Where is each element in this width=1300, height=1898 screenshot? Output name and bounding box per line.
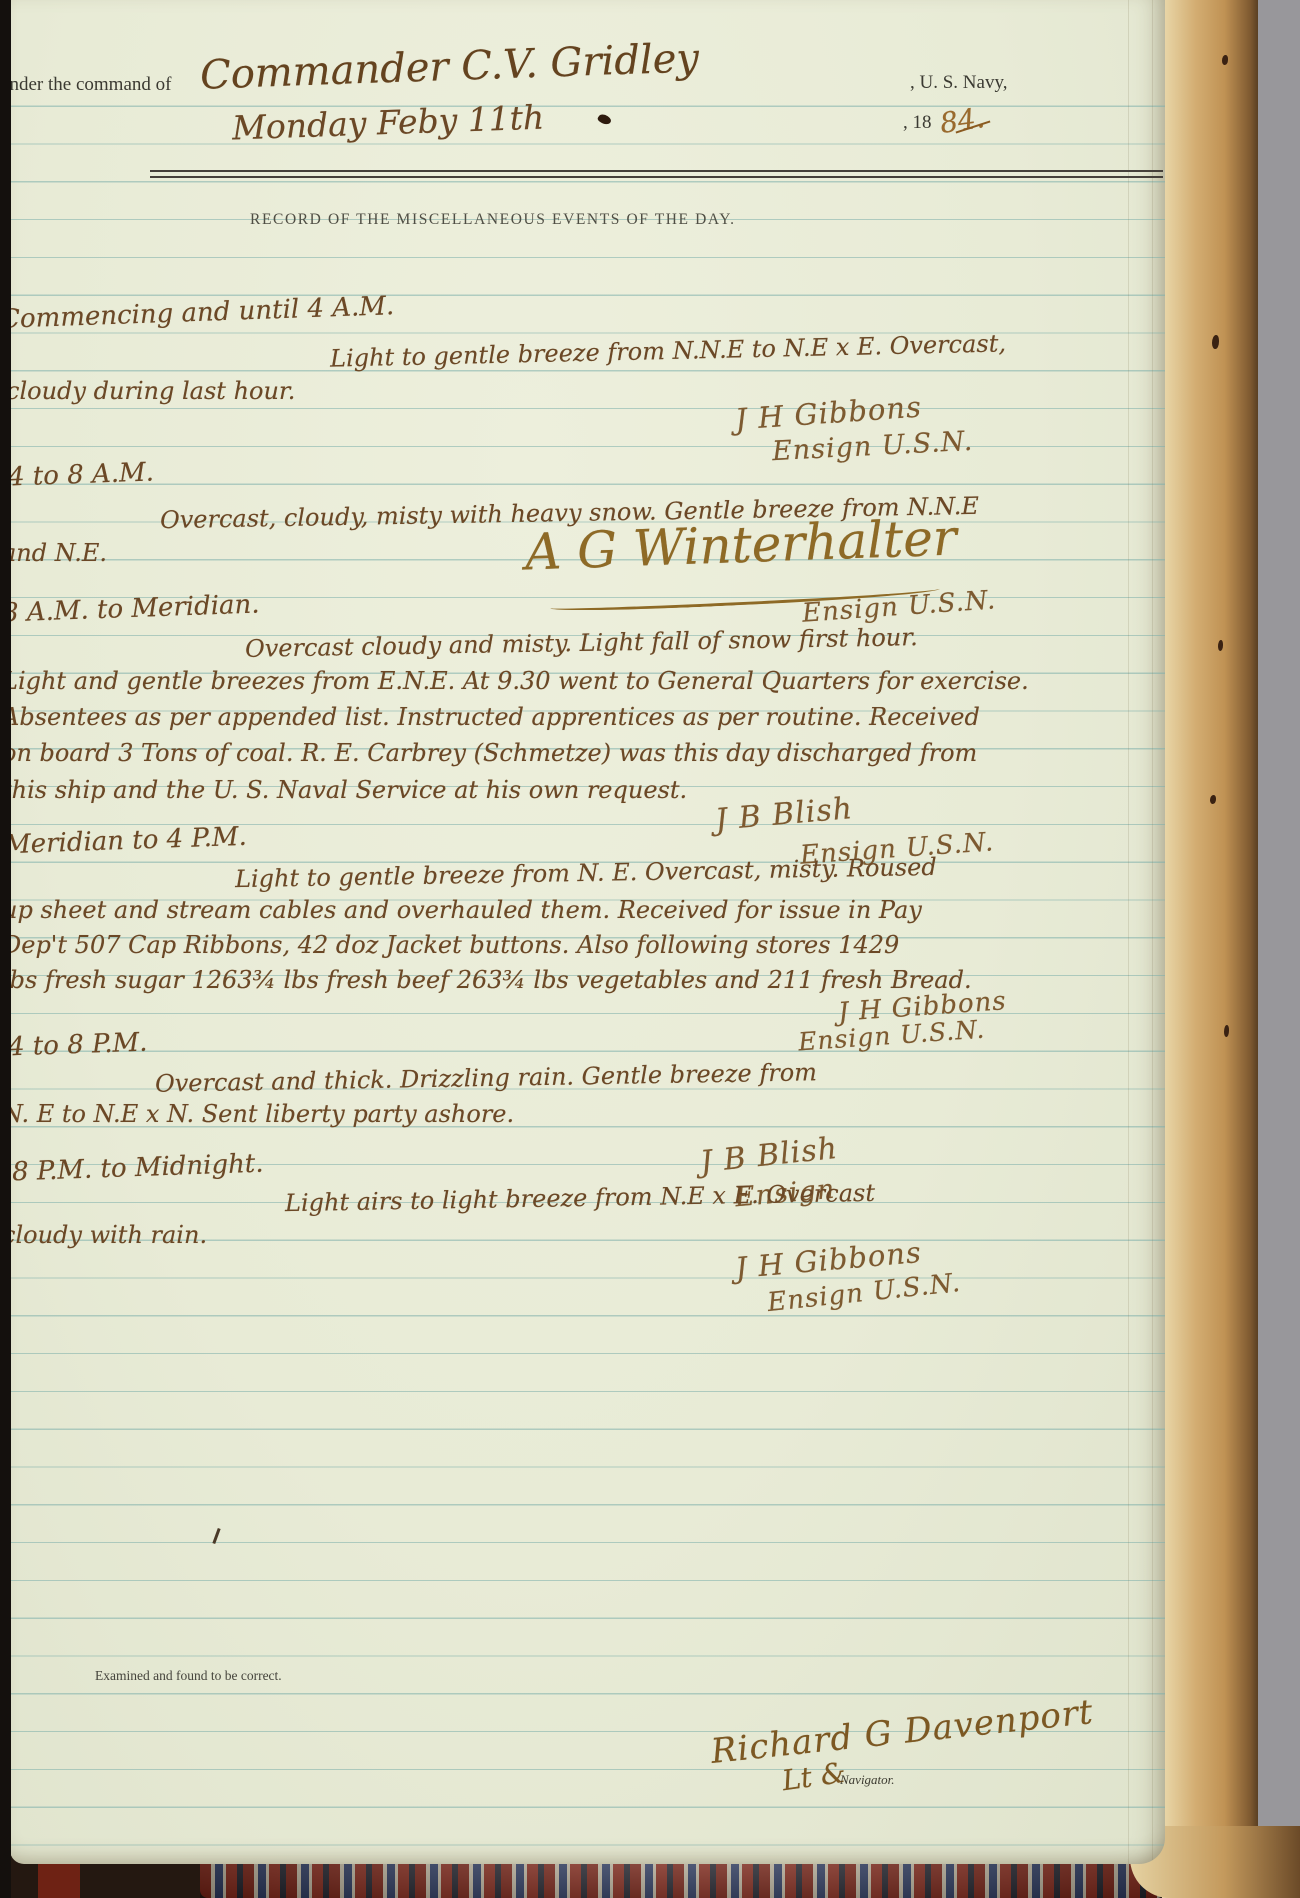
command-prefix-text: under the command of xyxy=(10,74,171,96)
year-prefix-text: , 18 xyxy=(903,112,932,134)
entry-heading-handwriting: Commencing and until 4 A.M. xyxy=(10,291,395,335)
stray-pen-mark xyxy=(212,1528,220,1544)
year-handwriting: 84. xyxy=(938,101,987,140)
entry-line-handwriting: Absentees as per appended list. Instruct… xyxy=(10,703,980,731)
entry-line-handwriting: Dep't 507 Cap Ribbons, 42 doz Jacket but… xyxy=(10,931,899,959)
navigator-signature-handwriting: Richard G Davenport xyxy=(709,1692,1095,1772)
signature-title-handwriting: Ensign U.S.N. xyxy=(797,1015,986,1057)
signature-handwriting: J B Blish xyxy=(699,1131,840,1180)
entry-heading-handwriting: 8 A.M. to Meridian. xyxy=(10,590,260,629)
commander-name-handwriting: Commander C.V. Gridley xyxy=(199,35,699,98)
entry-line-handwriting: Light airs to light breeze from N.E x E.… xyxy=(285,1179,875,1217)
entry-line-handwriting: lbs fresh sugar 1263¾ lbs fresh beef 263… xyxy=(10,966,972,994)
logbook-page-photo: under the command of Commander C.V. Grid… xyxy=(0,0,1300,1898)
entry-line-handwriting: cloudy during last hour. xyxy=(10,377,295,405)
entry-line-handwriting: cloudy with rain. xyxy=(10,1221,207,1249)
ink-blot xyxy=(597,112,613,127)
entry-line-handwriting: Light to gentle breeze from N.N.E to N.E… xyxy=(330,329,1006,372)
page-edges-stack xyxy=(1162,0,1258,1898)
entry-line-handwriting: Overcast and thick. Drizzling rain. Gent… xyxy=(155,1058,817,1098)
date-handwriting: Monday Feby 11th xyxy=(231,98,544,148)
logbook-paper: under the command of Commander C.V. Grid… xyxy=(10,0,1165,1864)
entry-line-handwriting: N. E to N.E x N. Sent liberty party asho… xyxy=(10,1100,514,1128)
examined-text: Examined and found to be correct. xyxy=(95,1668,282,1684)
book-cover-corner xyxy=(38,1858,80,1898)
entry-line-handwriting: this ship and the U. S. Naval Service at… xyxy=(10,776,687,804)
page-curl-line xyxy=(1152,0,1153,1864)
header-double-rule xyxy=(150,170,1163,178)
entry-line-handwriting: on board 3 Tons of coal. R. E. Carbrey (… xyxy=(10,739,977,767)
navigator-rank-printed: Navigator. xyxy=(840,1772,895,1788)
navy-suffix-text: , U. S. Navy, xyxy=(910,72,1007,94)
entry-line-handwriting: Light and gentle breezes from E.N.E. At … xyxy=(10,667,1029,695)
signature-title-handwriting: Ensign U.S.N. xyxy=(771,426,974,467)
page-curl-line xyxy=(1128,0,1129,1864)
entry-line-handwriting: up sheet and stream cables and overhaule… xyxy=(10,896,922,924)
entry-heading-handwriting: 4 to 8 P.M. xyxy=(10,1028,148,1063)
entry-heading-handwriting: 4 to 8 A.M. xyxy=(10,457,154,492)
binding-shadow-left xyxy=(0,0,11,1898)
entry-line-handwriting: Overcast cloudy and misty. Light fall of… xyxy=(245,623,918,663)
section-title: RECORD OF THE MISCELLANEOUS EVENTS OF TH… xyxy=(250,211,736,229)
entry-line-handwriting: Light to gentle breeze from N. E. Overca… xyxy=(235,853,937,893)
signature-handwriting: J B Blish xyxy=(714,791,855,838)
entry-line-handwriting: and N.E. xyxy=(10,539,107,567)
entry-heading-handwriting: Meridian to 4 P.M. xyxy=(10,822,247,860)
entry-heading-handwriting: 8 P.M. to Midnight. xyxy=(12,1149,264,1188)
